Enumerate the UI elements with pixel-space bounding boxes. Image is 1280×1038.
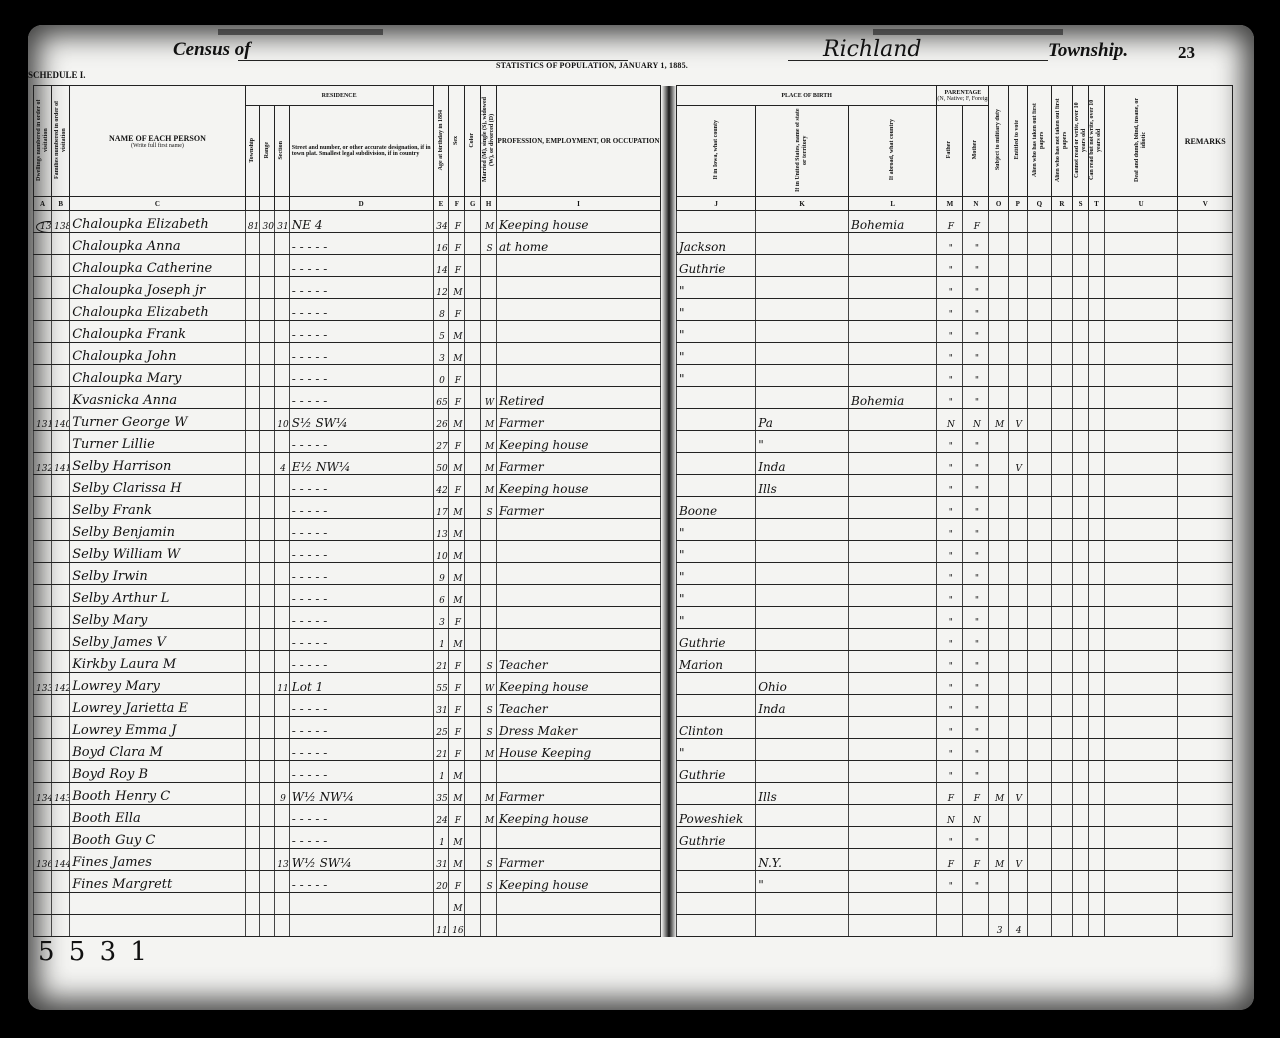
family-number-cell: [52, 497, 70, 519]
person-name-cell: Fines Margrett: [70, 871, 245, 893]
birth-county-cell: ": [676, 585, 755, 607]
table-row: Selby Benjamin- - - - -13M""": [34, 519, 1233, 541]
col-a-header: Dwellings numbered in order of visitatio…: [34, 86, 52, 197]
township-cell: [245, 739, 260, 761]
birth-state-cell: ": [756, 431, 849, 453]
section-cell: [275, 365, 290, 387]
sex-cell: M: [449, 519, 465, 541]
birth-country-cell: [849, 255, 937, 277]
can-read-not-write-cell: [1089, 585, 1105, 607]
township-cell: [245, 871, 260, 893]
alien-first-papers-cell: [1027, 453, 1051, 475]
family-number-cell: [52, 695, 70, 717]
family-number-cell: [52, 387, 70, 409]
alien-first-papers-cell: [1027, 783, 1051, 805]
col-township-header: Township: [245, 106, 260, 197]
gutter-cell: [661, 365, 677, 387]
birth-country-cell: [849, 409, 937, 431]
entitled-to-vote-cell: [1008, 321, 1027, 343]
town-name: Richland: [823, 37, 922, 62]
alien-first-papers-cell: [1027, 541, 1051, 563]
township-cell: [245, 519, 260, 541]
father-parentage-cell: ": [937, 739, 963, 761]
color-cell: [465, 563, 481, 585]
disability-cell: [1104, 343, 1178, 365]
range-cell: [260, 563, 275, 585]
military-duty-cell: [989, 871, 1008, 893]
entitled-to-vote-cell: [1008, 761, 1027, 783]
birth-state-cell: [756, 607, 849, 629]
can-read-not-write-cell: [1089, 519, 1105, 541]
township-cell: [245, 255, 260, 277]
dwelling-number-cell: [34, 915, 52, 937]
father-parentage-cell: ": [937, 233, 963, 255]
alien-first-papers-cell: [1027, 497, 1051, 519]
section-cell: [275, 805, 290, 827]
sex-cell: M: [449, 849, 465, 871]
residence-cell: NE 4: [289, 211, 433, 233]
alien-no-papers-cell: [1051, 563, 1073, 585]
cannot-read-write-cell: [1073, 783, 1089, 805]
marital-status-cell: S: [481, 233, 497, 255]
father-parentage-cell: ": [937, 321, 963, 343]
birth-county-cell: [676, 409, 755, 431]
cannot-read-write-cell: [1073, 299, 1089, 321]
residence-cell: E½ NW¼: [289, 453, 433, 475]
person-name-cell: Selby Clarissa H: [70, 475, 245, 497]
remarks-cell: [1178, 431, 1233, 453]
residence-cell: - - - - -: [289, 695, 433, 717]
range-cell: [260, 299, 275, 321]
color-cell: [465, 409, 481, 431]
col-f-header: Sex: [449, 86, 465, 197]
range-cell: [260, 695, 275, 717]
mother-parentage-cell: ": [963, 717, 989, 739]
dwelling-number-cell: [34, 343, 52, 365]
alien-no-papers-cell: [1051, 365, 1073, 387]
cannot-read-write-cell: [1073, 431, 1089, 453]
range-cell: [260, 431, 275, 453]
range-cell: [260, 475, 275, 497]
disability-cell: [1104, 387, 1178, 409]
dwelling-number-cell: [34, 805, 52, 827]
family-number-cell: [52, 651, 70, 673]
mother-parentage-cell: F: [963, 783, 989, 805]
age-cell: 5: [433, 321, 449, 343]
birth-country-cell: [849, 893, 937, 915]
family-number-cell: [52, 365, 70, 387]
col-i-header: PROFESSION, EMPLOYMENT, OR OCCUPATION: [496, 86, 660, 197]
birth-county-cell: ": [676, 607, 755, 629]
father-parentage-cell: ": [937, 519, 963, 541]
birth-county-cell: ": [676, 739, 755, 761]
mother-parentage-cell: ": [963, 277, 989, 299]
gutter-cell: [661, 277, 677, 299]
birth-state-cell: [756, 563, 849, 585]
birth-country-cell: [849, 629, 937, 651]
census-page-scan: Census of Richland Township. 23 SCHEDULE…: [28, 25, 1254, 1010]
person-name-cell: Chaloupka Catherine: [70, 255, 245, 277]
can-read-not-write-cell: [1089, 431, 1105, 453]
color-cell: [465, 277, 481, 299]
person-name-cell: Turner George W: [70, 409, 245, 431]
sex-cell: M: [449, 497, 465, 519]
age-cell: 25: [433, 717, 449, 739]
entitled-to-vote-cell: [1008, 387, 1027, 409]
birth-country-cell: Bohemia: [849, 387, 937, 409]
age-cell: 1: [433, 761, 449, 783]
birth-state-cell: [756, 717, 849, 739]
col-b-header: Families numbered in order of visitation: [52, 86, 70, 197]
alien-first-papers-cell: [1027, 849, 1051, 871]
sex-cell: F: [449, 717, 465, 739]
sex-cell: F: [449, 299, 465, 321]
residence-group-header: RESIDENCE: [245, 86, 433, 106]
section-cell: [275, 651, 290, 673]
birth-state-cell: [756, 629, 849, 651]
mother-parentage-cell: ": [963, 431, 989, 453]
mother-parentage-cell: N: [963, 409, 989, 431]
col-c-header: NAME OF EACH PERSON(Write full first nam…: [70, 86, 245, 197]
military-duty-cell: [989, 497, 1008, 519]
cannot-read-write-cell: [1073, 519, 1089, 541]
birth-country-cell: [849, 805, 937, 827]
remarks-cell: [1178, 541, 1233, 563]
person-name-cell: Chaloupka Joseph jr: [70, 277, 245, 299]
occupation-cell: Keeping house: [496, 805, 660, 827]
father-parentage-cell: ": [937, 827, 963, 849]
color-cell: [465, 849, 481, 871]
cannot-read-write-cell: [1073, 915, 1089, 937]
birth-state-cell: Ills: [756, 783, 849, 805]
birth-county-cell: [676, 849, 755, 871]
disability-cell: [1104, 827, 1178, 849]
color-cell: [465, 453, 481, 475]
alien-no-papers-cell: [1051, 299, 1073, 321]
cannot-read-write-cell: [1073, 871, 1089, 893]
residence-cell: - - - - -: [289, 541, 433, 563]
range-cell: [260, 541, 275, 563]
color-cell: [465, 387, 481, 409]
remarks-cell: [1178, 761, 1233, 783]
can-read-not-write-cell: [1089, 343, 1105, 365]
table-row: Selby William W- - - - -10M""": [34, 541, 1233, 563]
color-cell: [465, 629, 481, 651]
gutter-cell: [661, 805, 677, 827]
person-name-cell: Selby Harrison: [70, 453, 245, 475]
mother-parentage-cell: ": [963, 365, 989, 387]
entitled-to-vote-cell: [1008, 563, 1027, 585]
birth-state-cell: N.Y.: [756, 849, 849, 871]
person-name-cell: Selby Benjamin: [70, 519, 245, 541]
range-cell: [260, 585, 275, 607]
table-row: Boyd Clara M- - - - -21FMHouse Keeping""…: [34, 739, 1233, 761]
mother-parentage-cell: F: [963, 849, 989, 871]
age-cell: 14: [433, 255, 449, 277]
family-number-cell: 144: [52, 849, 70, 871]
can-read-not-write-cell: [1089, 475, 1105, 497]
table-row: Chaloupka Catherine- - - - -14FGuthrie"": [34, 255, 1233, 277]
person-name-cell: Chaloupka John: [70, 343, 245, 365]
color-cell: [465, 695, 481, 717]
township-label: Township.: [1048, 40, 1128, 62]
father-parentage-cell: F: [937, 783, 963, 805]
entitled-to-vote-cell: [1008, 893, 1027, 915]
family-number-cell: 138: [52, 211, 70, 233]
disability-cell: [1104, 299, 1178, 321]
disability-cell: [1104, 431, 1178, 453]
alien-first-papers-cell: [1027, 695, 1051, 717]
township-cell: [245, 387, 260, 409]
alien-no-papers-cell: [1051, 629, 1073, 651]
marital-status-cell: [481, 563, 497, 585]
section-cell: 31: [275, 211, 290, 233]
residence-cell: - - - - -: [289, 607, 433, 629]
section-cell: 9: [275, 783, 290, 805]
alien-first-papers-cell: [1027, 343, 1051, 365]
mother-parentage-cell: ": [963, 563, 989, 585]
marital-status-cell: [481, 519, 497, 541]
range-cell: [260, 321, 275, 343]
marital-status-cell: [481, 541, 497, 563]
gutter-cell: [661, 475, 677, 497]
family-number-cell: [52, 805, 70, 827]
family-number-cell: [52, 893, 70, 915]
sex-cell: M: [449, 541, 465, 563]
remarks-cell: [1178, 453, 1233, 475]
occupation-cell: [496, 563, 660, 585]
birth-country-cell: [849, 563, 937, 585]
range-cell: [260, 453, 275, 475]
military-duty-cell: [989, 651, 1008, 673]
father-parentage-cell: ": [937, 497, 963, 519]
age-cell: 65: [433, 387, 449, 409]
birth-county-cell: ": [676, 321, 755, 343]
township-cell: [245, 299, 260, 321]
range-cell: [260, 739, 275, 761]
entitled-to-vote-cell: [1008, 299, 1027, 321]
entitled-to-vote-cell: [1008, 871, 1027, 893]
remarks-cell: [1178, 871, 1233, 893]
family-number-cell: [52, 827, 70, 849]
remarks-cell: [1178, 563, 1233, 585]
col-d-header: Street and number, or other accurate des…: [289, 106, 433, 197]
can-read-not-write-cell: [1089, 893, 1105, 915]
father-parentage-cell: ": [937, 673, 963, 695]
township-cell: [245, 717, 260, 739]
cannot-read-write-cell: [1073, 563, 1089, 585]
father-parentage-cell: ": [937, 761, 963, 783]
age-cell: 27: [433, 431, 449, 453]
alien-no-papers-cell: [1051, 717, 1073, 739]
alien-no-papers-cell: [1051, 893, 1073, 915]
dwelling-number-cell: [34, 761, 52, 783]
disability-cell: [1104, 761, 1178, 783]
disability-cell: [1104, 849, 1178, 871]
birth-county-cell: Guthrie: [676, 255, 755, 277]
age-cell: 42: [433, 475, 449, 497]
remarks-cell: [1178, 915, 1233, 937]
township-cell: [245, 431, 260, 453]
age-cell: 16: [433, 233, 449, 255]
birth-state-cell: [756, 277, 849, 299]
section-cell: [275, 387, 290, 409]
can-read-not-write-cell: [1089, 651, 1105, 673]
military-duty-cell: [989, 607, 1008, 629]
cannot-read-write-cell: [1073, 651, 1089, 673]
color-cell: [465, 211, 481, 233]
mother-parentage-cell: ": [963, 453, 989, 475]
cannot-read-write-cell: [1073, 541, 1089, 563]
gutter-cell: [661, 409, 677, 431]
col-o-header: Subject to military duty: [989, 86, 1008, 197]
dwelling-number-cell: 130: [34, 211, 52, 233]
township-cell: [245, 409, 260, 431]
census-table: Dwellings numbered in order of visitatio…: [33, 85, 1233, 937]
sex-cell: F: [449, 871, 465, 893]
table-row: 136144Fines James13W½ SW¼31MSFarmerN.Y.F…: [34, 849, 1233, 871]
entitled-to-vote-cell: [1008, 717, 1027, 739]
marital-status-cell: [481, 629, 497, 651]
entitled-to-vote-cell: [1008, 431, 1027, 453]
age-cell: 0: [433, 365, 449, 387]
section-cell: [275, 629, 290, 651]
color-cell: [465, 739, 481, 761]
birth-country-cell: [849, 695, 937, 717]
occupation-cell: Farmer: [496, 497, 660, 519]
age-cell: 26: [433, 409, 449, 431]
sex-cell: M: [449, 453, 465, 475]
remarks-cell: [1178, 519, 1233, 541]
township-cell: [245, 541, 260, 563]
dwelling-number-cell: [34, 277, 52, 299]
marital-status-cell: M: [481, 805, 497, 827]
military-duty-cell: [989, 541, 1008, 563]
marital-status-cell: M: [481, 739, 497, 761]
age-cell: 10: [433, 541, 449, 563]
age-cell: 21: [433, 739, 449, 761]
col-e-header: Age at birthday in 1884: [433, 86, 449, 197]
gutter-cell: [661, 607, 677, 629]
marital-status-cell: M: [481, 783, 497, 805]
color-cell: [465, 893, 481, 915]
age-cell: 6: [433, 585, 449, 607]
remarks-cell: [1178, 607, 1233, 629]
can-read-not-write-cell: [1089, 387, 1105, 409]
alien-no-papers-cell: [1051, 321, 1073, 343]
range-cell: [260, 409, 275, 431]
col-t-header: Can read but not write, over 10 years ol…: [1089, 86, 1105, 197]
marital-status-cell: [481, 585, 497, 607]
disability-cell: [1104, 783, 1178, 805]
entitled-to-vote-cell: V: [1008, 409, 1027, 431]
col-g-header: Color: [465, 86, 481, 197]
residence-cell: [289, 915, 433, 937]
table-row: 133142Lowrey Mary11Lot 155FWKeeping hous…: [34, 673, 1233, 695]
family-number-cell: [52, 343, 70, 365]
gutter-cell: [661, 519, 677, 541]
cannot-read-write-cell: [1073, 761, 1089, 783]
marital-status-cell: M: [481, 409, 497, 431]
col-m-header: Father: [937, 106, 963, 197]
entitled-to-vote-cell: [1008, 233, 1027, 255]
person-name-cell: Lowrey Jarietta E: [70, 695, 245, 717]
birth-state-cell: [756, 827, 849, 849]
occupation-cell: [496, 893, 660, 915]
gutter-cell: [661, 871, 677, 893]
alien-no-papers-cell: [1051, 475, 1073, 497]
marital-status-cell: S: [481, 849, 497, 871]
military-duty-cell: M: [989, 783, 1008, 805]
person-name-cell: Chaloupka Mary: [70, 365, 245, 387]
age-cell: 34: [433, 211, 449, 233]
entitled-to-vote-cell: [1008, 497, 1027, 519]
mother-parentage-cell: ": [963, 541, 989, 563]
entitled-to-vote-cell: [1008, 827, 1027, 849]
statistics-heading: STATISTICS OF POPULATION, JANUARY 1, 188…: [496, 61, 688, 70]
occupation-cell: at home: [496, 233, 660, 255]
gutter-cell: [661, 717, 677, 739]
marital-status-cell: [481, 277, 497, 299]
mother-parentage-cell: ": [963, 695, 989, 717]
alien-first-papers-cell: [1027, 673, 1051, 695]
entitled-to-vote-cell: [1008, 651, 1027, 673]
table-row: Selby Arthur L- - - - -6M""": [34, 585, 1233, 607]
sex-cell: 16: [449, 915, 465, 937]
col-j-header: If in Iowa, what county: [676, 106, 755, 197]
military-duty-cell: [989, 343, 1008, 365]
disability-cell: [1104, 475, 1178, 497]
remarks-cell: [1178, 365, 1233, 387]
township-cell: [245, 893, 260, 915]
can-read-not-write-cell: [1089, 409, 1105, 431]
table-row: Chaloupka Mary- - - - -0F""": [34, 365, 1233, 387]
gutter-cell: [661, 585, 677, 607]
alien-no-papers-cell: [1051, 431, 1073, 453]
person-name-cell: Boyd Clara M: [70, 739, 245, 761]
color-cell: [465, 255, 481, 277]
father-parentage-cell: ": [937, 563, 963, 585]
township-cell: [245, 849, 260, 871]
dwelling-number-cell: [34, 607, 52, 629]
mother-parentage-cell: N: [963, 805, 989, 827]
alien-no-papers-cell: [1051, 255, 1073, 277]
gutter-cell: [661, 827, 677, 849]
disability-cell: [1104, 695, 1178, 717]
father-parentage-cell: N: [937, 805, 963, 827]
can-read-not-write-cell: [1089, 915, 1105, 937]
father-parentage-cell: ": [937, 695, 963, 717]
alien-first-papers-cell: [1027, 871, 1051, 893]
cannot-read-write-cell: [1073, 343, 1089, 365]
cannot-read-write-cell: [1073, 607, 1089, 629]
birth-country-cell: [849, 585, 937, 607]
mother-parentage-cell: ": [963, 475, 989, 497]
marital-status-cell: S: [481, 695, 497, 717]
father-parentage-cell: ": [937, 475, 963, 497]
father-parentage-cell: ": [937, 607, 963, 629]
birth-country-cell: [849, 827, 937, 849]
entitled-to-vote-cell: [1008, 475, 1027, 497]
table-row: Lowrey Emma J- - - - -25FSDress MakerCli…: [34, 717, 1233, 739]
birth-state-cell: [756, 321, 849, 343]
father-parentage-cell: ": [937, 453, 963, 475]
can-read-not-write-cell: [1089, 673, 1105, 695]
occupation-cell: [496, 541, 660, 563]
remarks-cell: [1178, 387, 1233, 409]
occupation-cell: [496, 629, 660, 651]
range-cell: [260, 673, 275, 695]
